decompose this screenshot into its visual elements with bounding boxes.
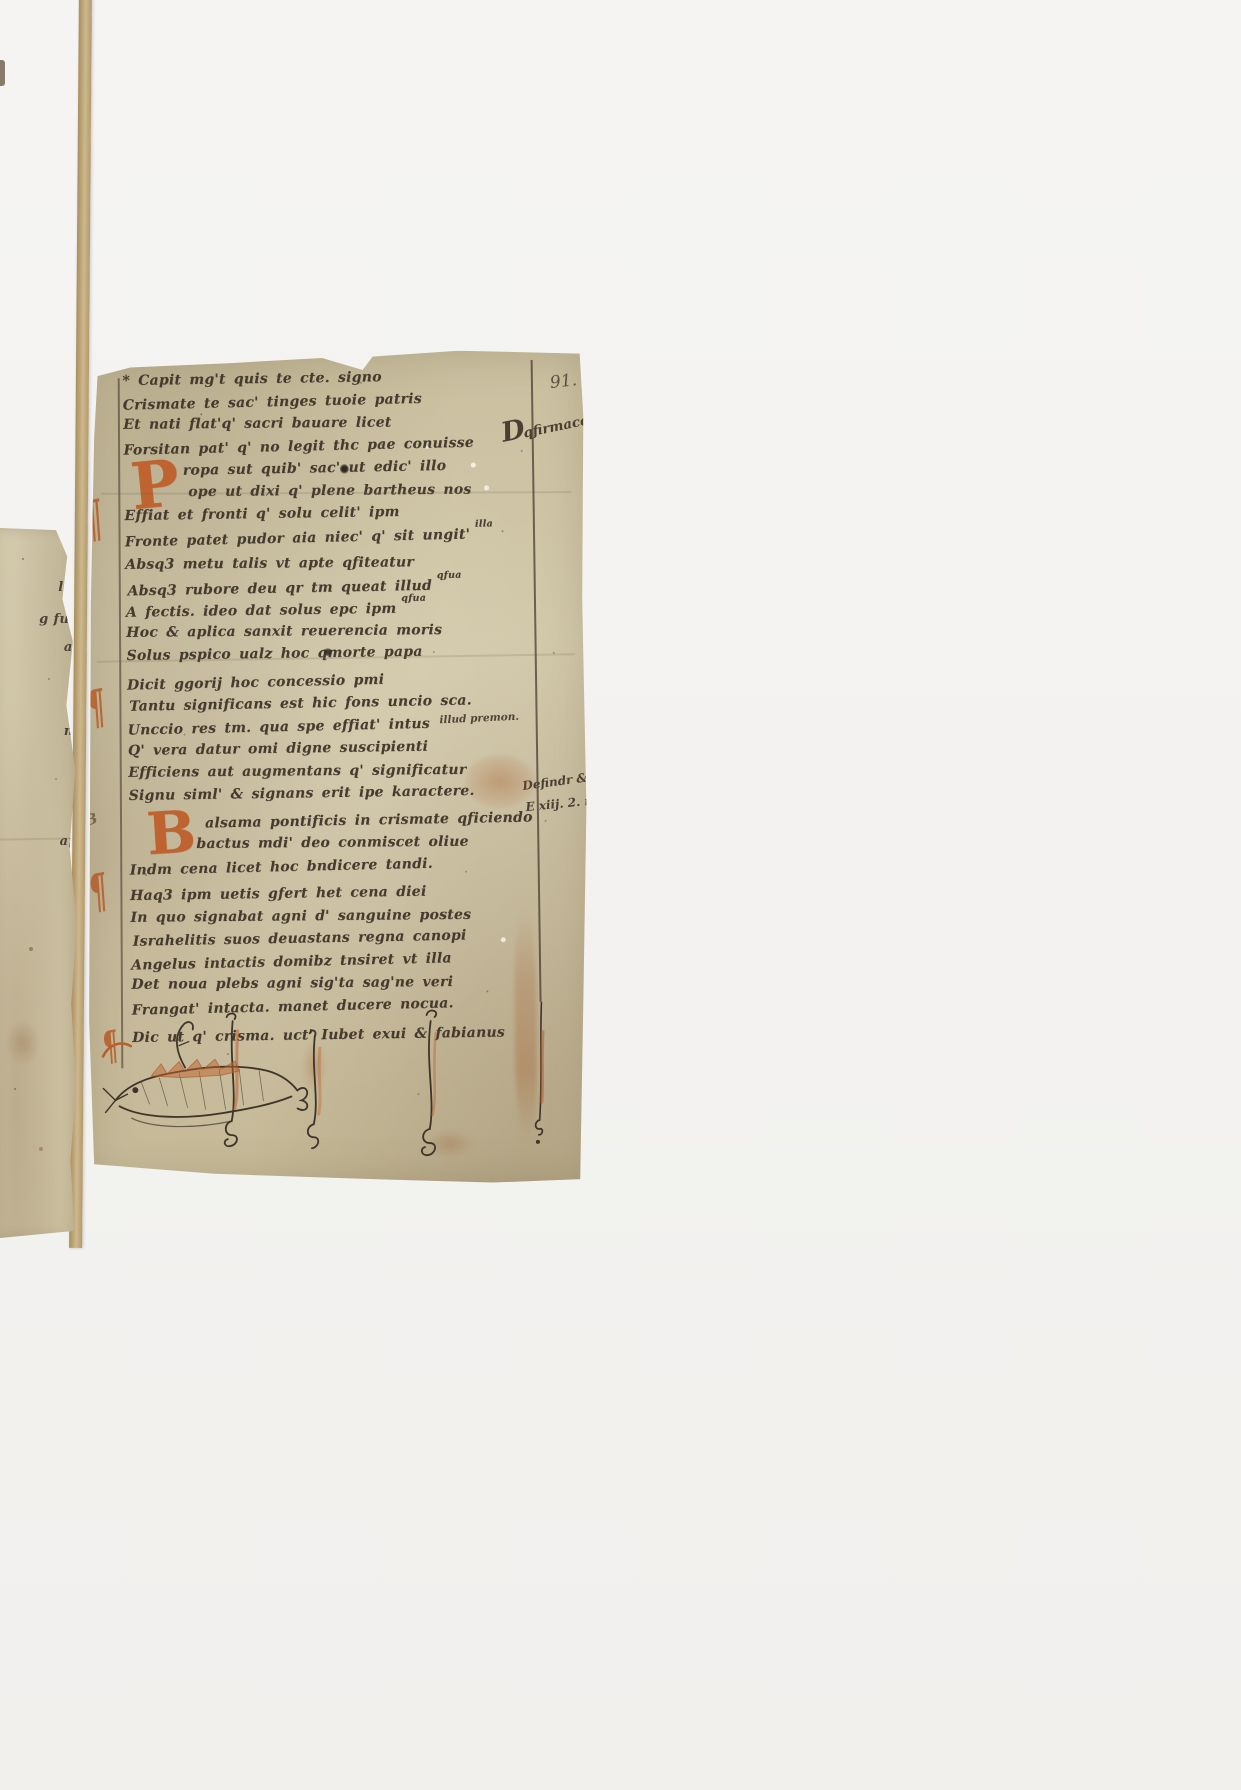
ruling-line-right [531, 360, 542, 1002]
paraph-mark: ¶ [86, 683, 107, 734]
paraph-mark: ¶ [101, 1025, 119, 1068]
verse-text-block: * Capit mg't quis te cte. signo Crismate… [122, 367, 534, 1052]
decorative-stain [6, 1020, 40, 1066]
text-line: Dic ut q' crisma. uct' Iubet exui & fabi… [132, 1024, 534, 1052]
scan-edge-mark [0, 60, 5, 86]
decorative-stain [424, 1129, 476, 1160]
text-line: Signu siml' & signans erit ipe karactere… [129, 782, 531, 810]
superscript-note: qfua [437, 569, 462, 580]
text-line: Indm cena licet hoc bndicere tandi. [130, 853, 532, 885]
manuscript-page: 91. Dqfirmacois 2a Defindr & ol E xiij. … [80, 349, 594, 1187]
speckle-texture [0, 528, 2, 530]
superscript-note: illa [475, 518, 493, 529]
ruling-line-left [118, 378, 123, 1068]
fish-doodle [103, 1058, 307, 1127]
folio-number: 91. [549, 370, 578, 393]
margin-note-definition-line1: Defindr & ol [522, 768, 605, 793]
fragment-text-snippet: g fue [39, 612, 78, 627]
ruling-line-tail [534, 1002, 544, 1144]
superscript-note: qfua [401, 593, 426, 604]
scan-background: llo g fue al m ap 91. Dqfirmacois 2a Def… [0, 0, 1241, 1790]
fragment-leaf: llo g fue al m ap [0, 528, 80, 1238]
paraph-mark: ¶ [88, 867, 109, 918]
